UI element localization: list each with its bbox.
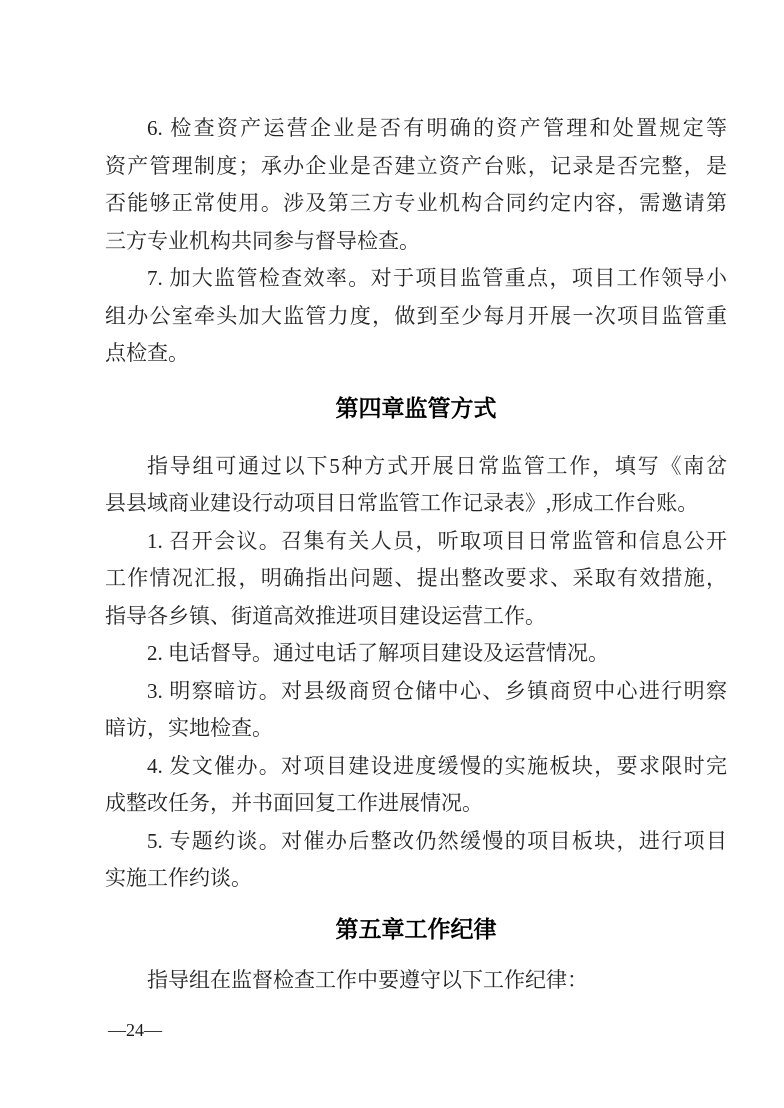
paragraph-item-4: 4. 发文催办。对项目建设进度缓慢的实施板块，要求限时完 成整改任务，并书面回复…: [105, 748, 727, 823]
text-line: 点检查。: [105, 335, 727, 373]
text-line: 2. 电话督导。通过电话了解项目建设及运营情况。: [105, 635, 727, 673]
text-line: 指导各乡镇、街道高效推进项目建设运营工作。: [105, 598, 727, 636]
text-line: 资产管理制度；承办企业是否建立资产台账，记录是否完整，是: [105, 148, 727, 186]
text-line: 暗访，实地检查。: [105, 710, 727, 748]
paragraph-item-6: 6. 检查资产运营企业是否有明确的资产管理和处置规定等 资产管理制度；承办企业是…: [105, 110, 727, 260]
paragraph-item-1: 1. 召开会议。召集有关人员，听取项目日常监管和信息公开 工作情况汇报，明确指出…: [105, 523, 727, 636]
paragraph-item-3: 3. 明察暗访。对县级商贸仓储中心、乡镇商贸中心进行明察 暗访，实地检查。: [105, 673, 727, 748]
document-page: 6. 检查资产运营企业是否有明确的资产管理和处置规定等 资产管理制度；承办企业是…: [0, 0, 784, 1108]
text-line: 1. 召开会议。召集有关人员，听取项目日常监管和信息公开: [105, 523, 727, 561]
text-line: 6. 检查资产运营企业是否有明确的资产管理和处置规定等: [105, 110, 727, 148]
paragraph-chapter5-intro: 指导组在监督检查工作中要遵守以下工作纪律：: [105, 962, 727, 1000]
paragraph-item-2: 2. 电话督导。通过电话了解项目建设及运营情况。: [105, 635, 727, 673]
text-line: 5. 专题约谈。对催办后整改仍然缓慢的项目板块，进行项目: [105, 823, 727, 861]
text-line: 组办公室牵头加大监管力度，做到至少每月开展一次项目监管重: [105, 298, 727, 336]
chapter-heading-5: 第五章工作纪律: [105, 910, 727, 948]
paragraph-item-7: 7. 加大监管检查效率。对于项目监管重点，项目工作领导小 组办公室牵头加大监管力…: [105, 260, 727, 373]
document-body: 6. 检查资产运营企业是否有明确的资产管理和处置规定等 资产管理制度；承办企业是…: [105, 110, 727, 999]
text-line: 三方专业机构共同参与督导检查。: [105, 223, 727, 261]
text-line: 4. 发文催办。对项目建设进度缓慢的实施板块，要求限时完: [105, 748, 727, 786]
paragraph-chapter4-intro: 指导组可通过以下5种方式开展日常监管工作，填写《南岔 县县域商业建设行动项目日常…: [105, 448, 727, 523]
page-number: —24—: [108, 1017, 162, 1043]
text-line: 实施工作约谈。: [105, 860, 727, 898]
text-line: 工作情况汇报，明确指出问题、提出整改要求、采取有效措施，: [105, 560, 727, 598]
text-line: 成整改任务，并书面回复工作进展情况。: [105, 785, 727, 823]
text-line: 7. 加大监管检查效率。对于项目监管重点，项目工作领导小: [105, 260, 727, 298]
text-line: 指导组可通过以下5种方式开展日常监管工作，填写《南岔: [105, 448, 727, 486]
text-line: 否能够正常使用。涉及第三方专业机构合同约定内容，需邀请第: [105, 185, 727, 223]
chapter-heading-4: 第四章监管方式: [105, 389, 727, 427]
text-line: 县县域商业建设行动项目日常监管工作记录表》,形成工作台账。: [105, 485, 727, 523]
text-line: 指导组在监督检查工作中要遵守以下工作纪律：: [105, 962, 727, 1000]
text-line: 3. 明察暗访。对县级商贸仓储中心、乡镇商贸中心进行明察: [105, 673, 727, 711]
paragraph-item-5: 5. 专题约谈。对催办后整改仍然缓慢的项目板块，进行项目 实施工作约谈。: [105, 823, 727, 898]
